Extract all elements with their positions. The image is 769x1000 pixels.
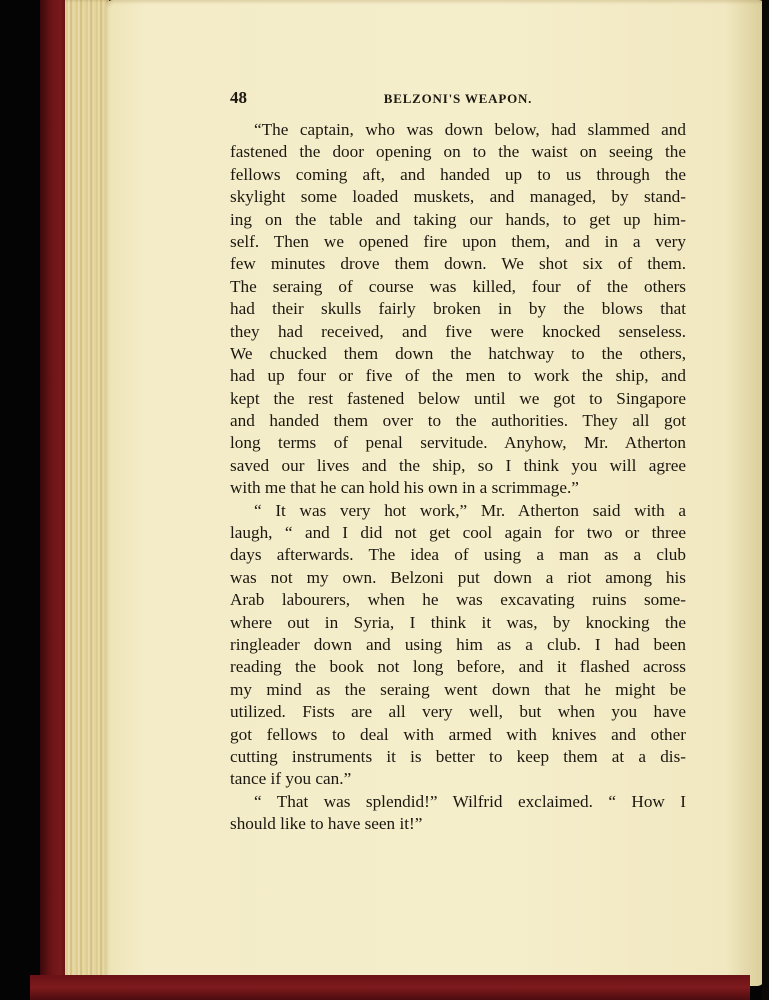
paper-speck: [688, 848, 691, 854]
text-line: fastened the door opening on to the wais…: [230, 141, 686, 163]
text-line: few minutes drove them down. We shot six…: [230, 253, 686, 275]
text-line: We chucked them down the hatchway to the…: [230, 343, 686, 365]
text-line: The seraing of course was killed, four o…: [230, 276, 686, 298]
text-line: with me that he can hold his own in a sc…: [230, 477, 686, 499]
text-line: “The captain, who was down below, had sl…: [230, 119, 686, 141]
body-text: “The captain, who was down below, had sl…: [230, 119, 686, 836]
text-line: Arab labourers, when he was excavating r…: [230, 589, 686, 611]
text-line: days afterwards. The idea of using a man…: [230, 544, 686, 566]
text-line: reading the book not long before, and it…: [230, 656, 686, 678]
text-line: should like to have seen it!”: [230, 813, 686, 835]
text-line: had their skulls fairly broken in by the…: [230, 298, 686, 320]
running-head: 48 BELZONI'S WEAPON.: [230, 88, 686, 110]
text-line: utilized. Fists are all very well, but w…: [230, 701, 686, 723]
text-line: long terms of penal servitude. Anyhow, M…: [230, 432, 686, 454]
text-line: saved our lives and the ship, so I think…: [230, 455, 686, 477]
text-line: tance if you can.”: [230, 768, 686, 790]
text-line: where out in Syria, I think it was, by k…: [230, 612, 686, 634]
text-line: cutting instruments it is better to keep…: [230, 746, 686, 768]
page-edges: [65, 0, 109, 986]
text-line: self. Then we opened fire upon them, and…: [230, 231, 686, 253]
text-line: kept the rest fastened below until we go…: [230, 388, 686, 410]
text-line: my mind as the seraing went down that he…: [230, 679, 686, 701]
text-line: had up four or five of the men to work t…: [230, 365, 686, 387]
text-line: they had received, and five were knocked…: [230, 321, 686, 343]
book-cover-bottom: [30, 975, 750, 1000]
text-line: and handed them over to the authorities.…: [230, 410, 686, 432]
text-line: got fellows to deal with armed with kniv…: [230, 724, 686, 746]
text-line: laugh, “ and I did not get cool again fo…: [230, 522, 686, 544]
text-line: ringleader down and using him as a club.…: [230, 634, 686, 656]
text-line: “ That was splendid!” Wilfrid exclaimed.…: [230, 791, 686, 813]
text-line: “ It was very hot work,” Mr. Atherton sa…: [230, 500, 686, 522]
text-line: was not my own. Belzoni put down a riot …: [230, 567, 686, 589]
right-edge-shadow: [762, 0, 769, 1000]
text-line: skylight some loaded muskets, and manage…: [230, 186, 686, 208]
chapter-title: BELZONI'S WEAPON.: [230, 91, 686, 107]
text-line: fellows coming aft, and handed up to us …: [230, 164, 686, 186]
text-line: ing on the table and taking our hands, t…: [230, 209, 686, 231]
